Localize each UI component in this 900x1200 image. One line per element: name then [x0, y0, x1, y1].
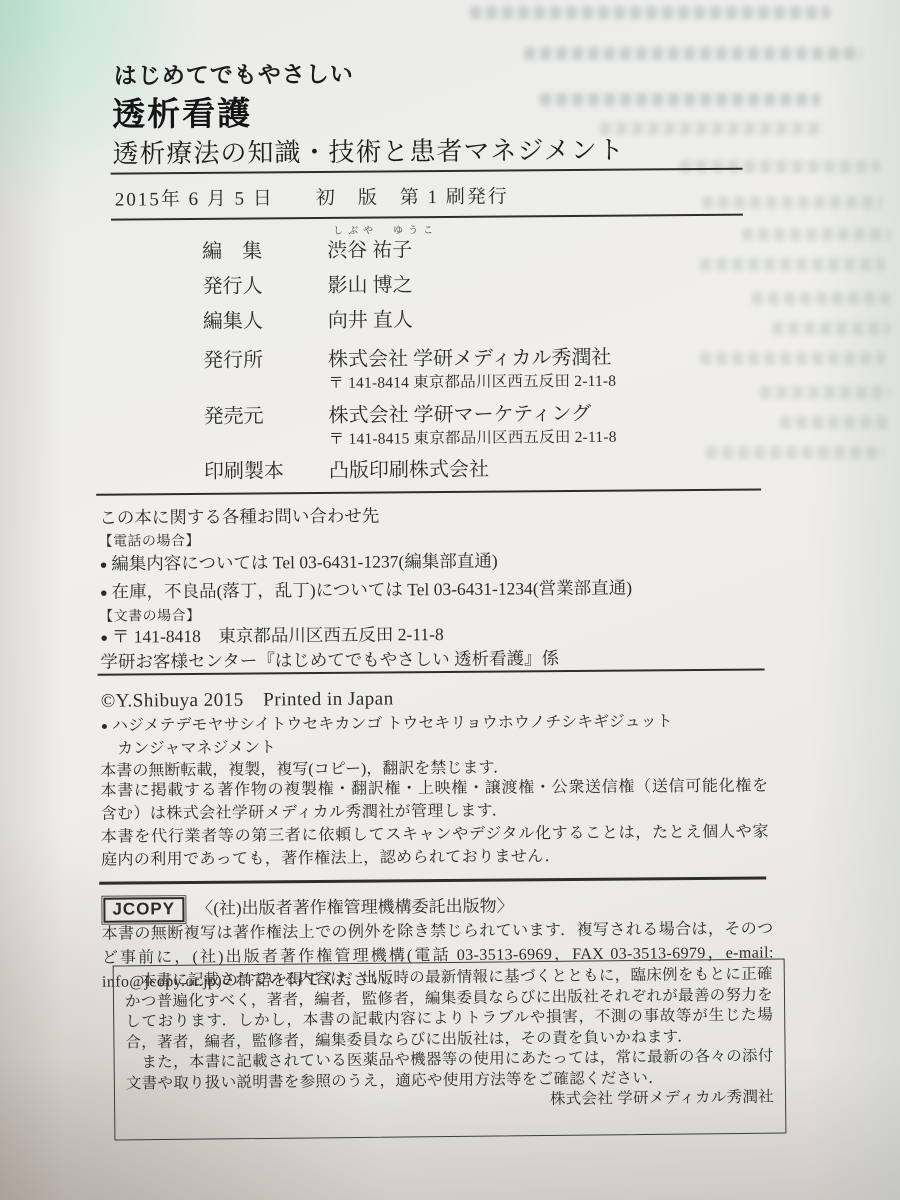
contact-phone-item: ●編集内容については Tel 03-6431-1237(編集部直通)	[100, 548, 498, 576]
jcopy-logo: JCOPY	[103, 897, 184, 923]
publisher-row: 発売元株式会社 学研マーケティング	[203, 397, 591, 429]
publisher-name: 株式会社 学研マーケティング	[328, 403, 591, 427]
publisher-role: 発行所	[203, 343, 328, 373]
contact-heading: この本に関する各種お問い合わせ先	[99, 503, 379, 530]
credit-name: 向井 直人	[328, 309, 413, 332]
credit-role: 編集人	[203, 304, 328, 334]
publisher-address: 〒 141-8414 東京都品川区西五反田 2-11-8	[328, 369, 616, 393]
series-title: はじめてでもやさしい	[114, 56, 354, 91]
colophon-page: はじめてでもやさしい 透析看護 透析療法の知識・技術と患者マネジメント 2015…	[0, 0, 900, 1200]
credit-name: 渋谷 祐子	[327, 239, 412, 262]
publisher-role: 印刷製本	[204, 454, 329, 484]
publisher-name: 株式会社 学研メディカル秀潤社	[328, 347, 612, 371]
copyright-notice-2: 本書に掲載する著作物の複製権・翻訳権・上映権・譲渡権・公衆送信権（送信可能化権を…	[100, 776, 768, 826]
contact-phone-label: 【電話の場合】	[98, 530, 200, 551]
copyright-notice-3: 本書を代行業者等の第三者に依頼してスキャンやデジタル化することは，たとえ個人や家…	[101, 822, 769, 872]
publisher-role: 発売元	[203, 399, 328, 429]
publisher-row: 発行所株式会社 学研メディカル秀潤社	[203, 341, 612, 373]
photo-background: はじめてでもやさしい 透析看護 透析療法の知識・技術と患者マネジメント 2015…	[0, 0, 900, 1200]
disclaimer-para-2: また，本書に記載されている医薬品や機器等の使用にあたっては，常に最新の各々の添付…	[126, 1048, 774, 1092]
contact-phone-text: 編集内容については Tel 03-6431-1237(編集部直通)	[111, 551, 497, 574]
credit-row: 編集人向井 直人	[203, 303, 413, 334]
publisher-row: 印刷製本凸版印刷株式会社	[204, 453, 489, 484]
contact-doc-address: ●〒 141-8418 東京都品川区西五反田 2-11-8	[100, 621, 444, 649]
credit-name: 影山 博之	[327, 274, 412, 297]
bullet-icon: ●	[100, 558, 108, 573]
disclaimer-signature: 株式会社 学研メディカル秀潤社	[126, 1088, 774, 1115]
copyright-notice-1: 本書の無断転載，複製，複写(コピー)，翻訳を禁じます．	[100, 755, 509, 781]
disclaimer-box: 本書に記載されている内容は，出版時の最新情報に基づくとともに，臨床例をもとに正確…	[113, 959, 787, 1141]
contact-doc-center: 学研お客様センター『はじめてでもやさしい 透析看護』係	[100, 645, 559, 674]
credit-row: 発行人影山 博之	[202, 268, 412, 299]
disclaimer-para-1: 本書に記載されている内容は，出版時の最新情報に基づくとともに，臨床例をもとに正確…	[125, 966, 774, 1051]
publisher-name: 凸版印刷株式会社	[329, 459, 489, 482]
divider	[96, 489, 761, 496]
divider	[111, 214, 743, 220]
contact-phone-item: ●在庫，不良品(落丁，乱丁)については Tel 03-6431-1234(営業部…	[100, 575, 632, 604]
contact-phone-text: 在庫，不良品(落丁，乱丁)については Tel 03-6431-1234(営業部直…	[111, 578, 632, 602]
credit-role: 発行人	[202, 269, 327, 299]
book-subtitle: 透析療法の知識・技術と患者マネジメント	[112, 130, 625, 171]
jcopy-suffix: 〈(社)出版者著作権管理機構委託出版物〉	[196, 897, 513, 918]
kana-title-line-2: カンジャマネジメント	[117, 734, 276, 758]
bullet-icon: ●	[101, 721, 108, 733]
publisher-address: 〒 141-8415 東京都品川区西五反田 2-11-8	[329, 425, 617, 449]
kana-title-text: ハジメテデモヤサシイトウセキカンゴ トウセキリョウホウノチシキギジュット	[112, 713, 673, 734]
jcopy-header: JCOPY 〈(社)出版者著作権管理機構委託出版物〉	[103, 892, 513, 923]
book-title: 透析看護	[112, 88, 252, 136]
credit-role: 編 集	[202, 234, 327, 264]
edition-line: 2015年 6 月 5 日 初 版 第 1 刷発行	[115, 182, 509, 212]
kana-title-line: ●ハジメテデモヤサシイトウセキカンゴ トウセキリョウホウノチシキギジュット	[101, 708, 673, 735]
contact-doc-address-text: 〒 141-8418 東京都品川区西五反田 2-11-8	[112, 624, 444, 647]
bullet-icon: ●	[100, 586, 108, 601]
divider	[99, 877, 766, 885]
bullet-icon: ●	[100, 631, 108, 646]
copyright-line: ©Y.Shibuya 2015 Printed in Japan	[101, 683, 394, 712]
credit-row: 編 集渋谷 祐子	[202, 233, 412, 264]
